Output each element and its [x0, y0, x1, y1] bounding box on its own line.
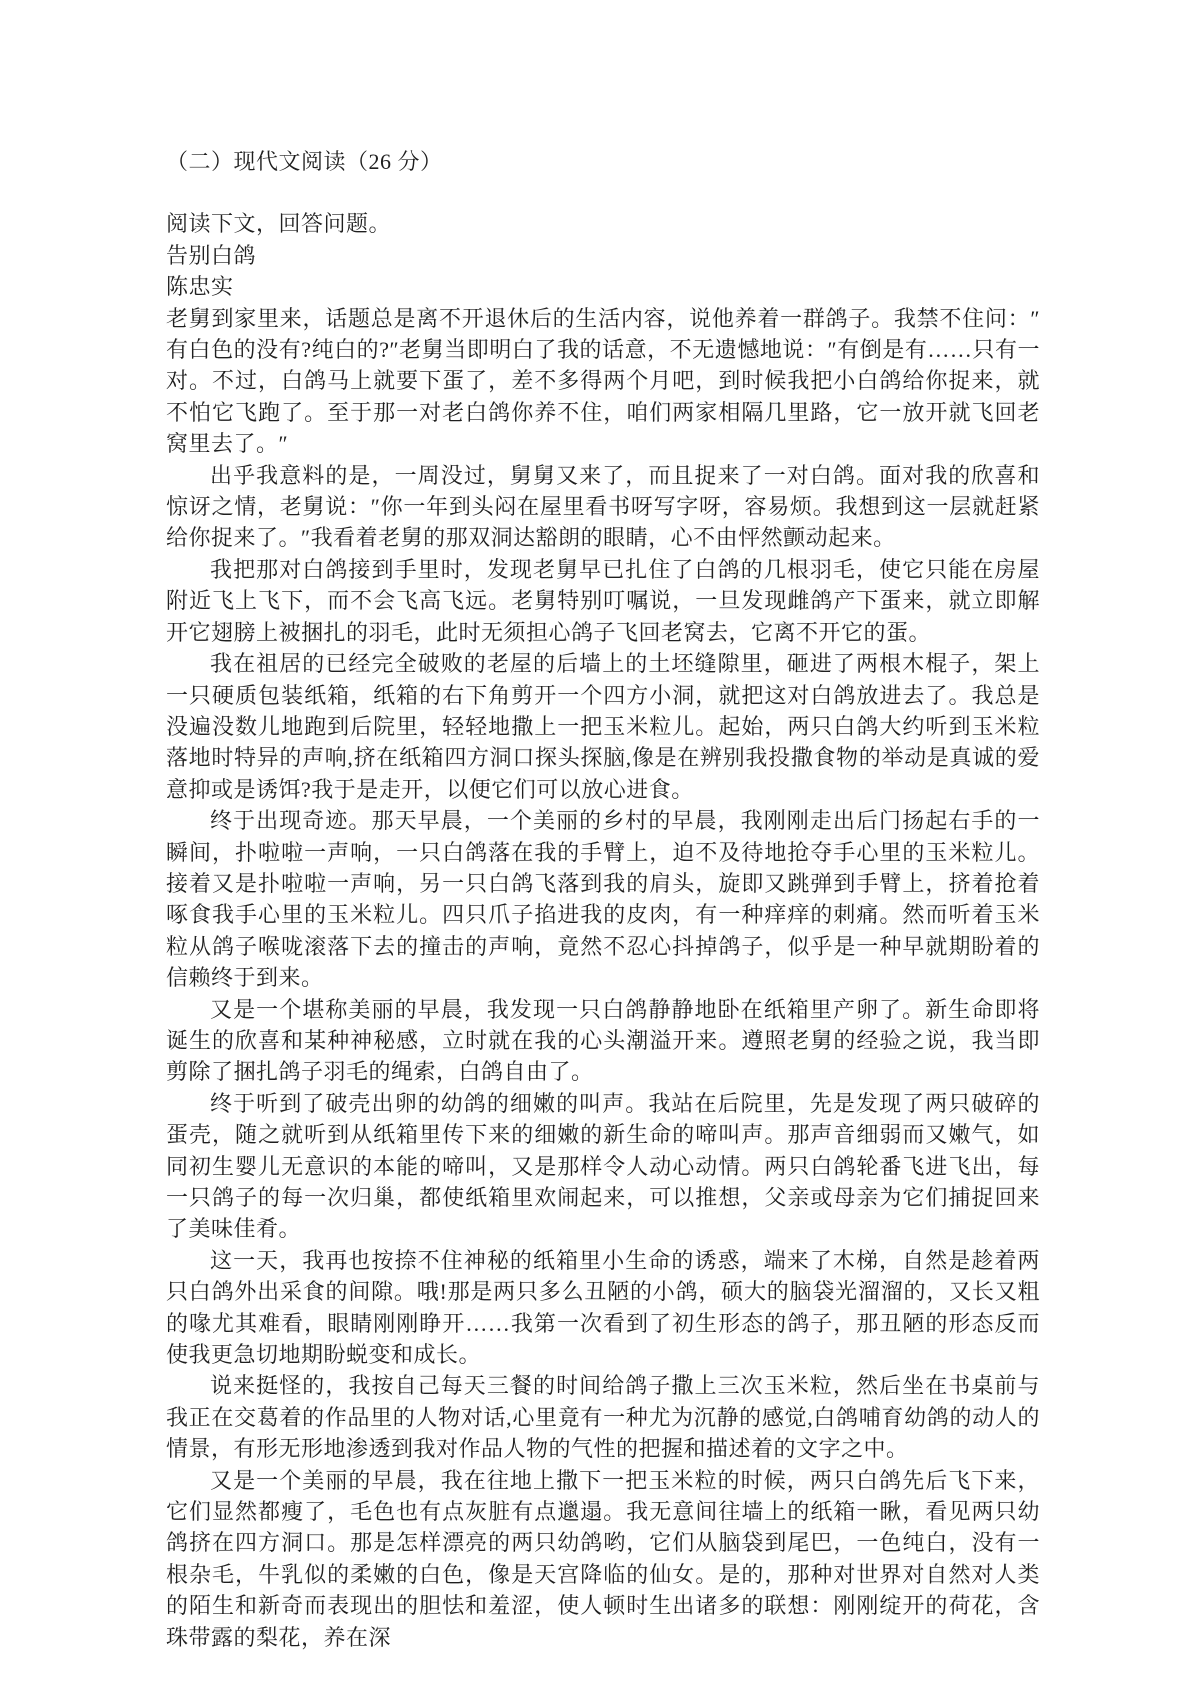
article-author: 陈忠实: [166, 271, 1040, 302]
article-paragraph: 这一天，我再也按捺不住神秘的纸箱里小生命的诱惑，端来了木梯，自然是趁着两只白鸽外…: [166, 1245, 1040, 1371]
article-title: 告别白鸽: [166, 240, 1040, 271]
section-heading: （二）现代文阅读（26 分）: [166, 146, 1040, 177]
article-paragraph: 终于出现奇迹。那天早晨，一个美丽的乡村的早晨，我刚刚走出后门扬起右手的一瞬间，扑…: [166, 805, 1040, 993]
article-paragraph: 出乎我意料的是，一周没过，舅舅又来了，而且捉来了一对白鸽。面对我的欣喜和惊讶之情…: [166, 460, 1040, 554]
article-paragraph: 又是一个美丽的早晨，我在往地上撒下一把玉米粒的时候，两只白鸽先后飞下来，它们显然…: [166, 1465, 1040, 1653]
article-paragraph: 说来挺怪的，我按自己每天三餐的时间给鸽子撒上三次玉米粒，然后坐在书桌前与我正在交…: [166, 1370, 1040, 1464]
article-paragraph: 老舅到家里来，话题总是离不开退休后的生活内容，说他养着一群鸽子。我禁不住问：″有…: [166, 303, 1040, 460]
article-body: 老舅到家里来，话题总是离不开退休后的生活内容，说他养着一群鸽子。我禁不住问：″有…: [166, 303, 1040, 1653]
article-paragraph: 终于听到了破壳出卵的幼鸽的细嫩的叫声。我站在后院里，先是发现了两只破碎的蛋壳，随…: [166, 1088, 1040, 1245]
document-page: （二）现代文阅读（26 分） 阅读下文，回答问题。 告别白鸽 陈忠实 老舅到家里…: [0, 0, 1200, 1698]
article-paragraph: 我把那对白鸽接到手里时，发现老舅早已扎住了白鸽的几根羽毛，使它只能在房屋附近飞上…: [166, 554, 1040, 648]
document-content: （二）现代文阅读（26 分） 阅读下文，回答问题。 告别白鸽 陈忠实 老舅到家里…: [166, 146, 1040, 1653]
article-paragraph: 又是一个堪称美丽的早晨，我发现一只白鸽静静地卧在纸箱里产卵了。新生命即将诞生的欣…: [166, 994, 1040, 1088]
article-paragraph: 我在祖居的已经完全破败的老屋的后墙上的土坯缝隙里，砸进了两根木棍子，架上一只硬质…: [166, 648, 1040, 805]
reading-prompt: 阅读下文，回答问题。: [166, 208, 1040, 239]
